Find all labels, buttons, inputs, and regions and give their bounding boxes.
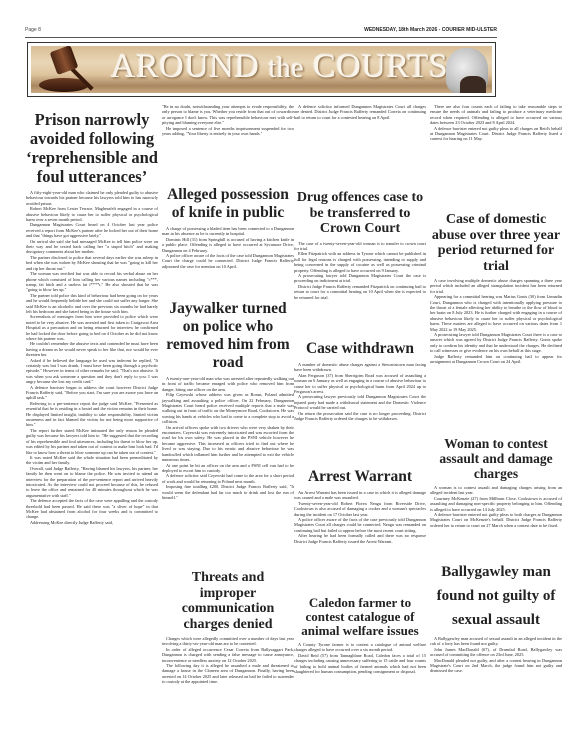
paragraph: In order of alleged occurrence Cesar Cor… xyxy=(162,647,294,663)
page-header: Page 8 WEDNESDAY, 18th March 2026 - COUR… xyxy=(25,27,497,38)
article-prison-continued: "Be in no doubt, notwithstanding your at… xyxy=(162,104,294,136)
article-drug-offences: Drug offences case to be transferred to … xyxy=(294,190,426,300)
paragraph: Asked if he believed the language he use… xyxy=(26,358,158,385)
article-caledon-continued: There are also four counts each of faili… xyxy=(430,104,562,142)
paragraph: A defence barrister entered not guilty p… xyxy=(430,512,562,528)
paragraph: Screenshots of messages from him were pr… xyxy=(26,314,158,341)
paragraph: John James MacDonald (67), of Drumfad Ro… xyxy=(430,647,562,658)
article-arrest-warrant: Arrest Warrant An Arrest Warrant has bee… xyxy=(294,468,426,544)
paragraph: The woman was terrified but was able to … xyxy=(26,271,158,293)
paragraph: A case involving multiple domestic abuse… xyxy=(430,278,562,294)
headline: Arrest Warrant xyxy=(294,468,426,486)
paragraph: A County Tyrone farmer is to contest a c… xyxy=(294,642,426,653)
paragraph: On arrival she said she had messaged McK… xyxy=(26,239,158,255)
paragraph: Addressing McKee directly Judge Rafferty… xyxy=(26,520,158,525)
article-case-withdrawn: Case withdrawn A number of domestic abus… xyxy=(294,340,426,421)
page-number: Page 8 xyxy=(25,27,41,33)
paragraph: Judge Rafferty remanded him on continuin… xyxy=(430,354,562,365)
paragraph: A defence solicitor informed Dungannon M… xyxy=(294,104,426,120)
article-ballygawley-not-guilty: Ballygawley man found not guilty of sexu… xyxy=(430,560,562,674)
article-knife-possession: Alleged possession of knife in public A … xyxy=(162,186,294,269)
paragraph: A charge of possessing a bladed item has… xyxy=(162,226,294,237)
article-caledon-farmer: Caledon farmer to contest catalogue of a… xyxy=(294,596,426,674)
paragraph: It was noted McKee said the whole situat… xyxy=(26,455,158,466)
paragraph: The report further stated McKee intimate… xyxy=(26,428,158,455)
paragraph: On return the prosecution said the case … xyxy=(294,411,426,422)
headline: Woman to contest assault and damage char… xyxy=(430,436,562,481)
paragraph: The case of a twenty-seven-year-old woma… xyxy=(294,241,426,252)
headline: Prison narrowly avoided following ‘repre… xyxy=(26,110,158,186)
paragraph: The partner told police this kind of beh… xyxy=(26,293,158,315)
paragraph: The defence accepted the facts of the ca… xyxy=(26,498,158,520)
paragraph: He imposed a sentence of five months imp… xyxy=(162,126,294,137)
headline: Jaywalker turned on police who removed h… xyxy=(162,300,294,372)
headline: Caledon farmer to contest catalogue of a… xyxy=(294,596,426,638)
paragraph: Alan Ferguson (37) from Sherrigrim Road … xyxy=(294,373,426,395)
paragraph: District Judge Francis Rafferty remanded… xyxy=(294,284,426,300)
section-banner: AROUND the COURTS xyxy=(27,42,496,97)
paragraph: A defence barrister entered not guilty p… xyxy=(430,126,562,142)
paragraph: Dominic Hill (31) from Springhill is acc… xyxy=(162,237,294,253)
headline: Case withdrawn xyxy=(294,340,426,358)
paragraph: A prosecuting lawyer previously told Dun… xyxy=(294,394,426,410)
paragraph: Overall, said Judge Rafferty, "Having bl… xyxy=(26,466,158,498)
paragraph: MacDonald pleaded not guilty, and after … xyxy=(430,658,562,674)
paragraph: A prosecuting lawyer told Dungannon Magi… xyxy=(430,332,562,354)
paragraph: On arrival officers spoke with two drive… xyxy=(162,425,294,463)
paragraph: A Ballygawley man accused of sexual assa… xyxy=(430,636,562,647)
paragraph: A number of domestic abuse charges again… xyxy=(294,362,426,373)
paragraph: David Reid (57) from Tannaghlane Road, C… xyxy=(294,653,426,675)
paragraph: At one point he bit an officer on the ar… xyxy=(162,463,294,474)
paragraph: There are also four counts each of faili… xyxy=(430,104,562,126)
article-jaywalker: Jaywalker turned on police who removed h… xyxy=(162,300,294,500)
article-prison-narrowly-avoided: Prison narrowly avoided following ‘repre… xyxy=(26,104,158,525)
paragraph: Ellen Fitzpatrick with an address in Tyr… xyxy=(294,251,426,273)
paragraph: A police officer aware of the facts of t… xyxy=(162,253,294,269)
paragraph: Dungannon Magistrates Court heard on 4 O… xyxy=(26,222,158,238)
paragraph: Appearing for a committal hearing was Ma… xyxy=(430,294,562,332)
paragraph: Charges which were allegedly committed o… xyxy=(162,636,294,647)
article-woman-contest-assault: Woman to contest assault and damage char… xyxy=(430,436,562,528)
article-domestic-abuse-trial: Case of domestic abuse over three year p… xyxy=(430,212,562,365)
paragraph: Imposing fine totalling £200, District J… xyxy=(162,484,294,500)
article-threats-communication: Threats and improper communication charg… xyxy=(162,570,294,685)
paragraph: A defence solicitor said Czyewski had co… xyxy=(162,473,294,484)
paragraph: After hearing he had been formally calle… xyxy=(294,533,426,544)
paragraph: He couldn't remember the abusive texts a… xyxy=(26,341,158,357)
paragraph: The partner disclosed to police that sev… xyxy=(26,255,158,271)
paragraph: Robert McKee from Lester Terrace, Magher… xyxy=(26,206,158,222)
paragraph: Twenty-seven-year-old Robert Florea Neag… xyxy=(294,501,426,517)
paragraph: A defence barrister began to address the… xyxy=(26,385,158,401)
paragraph: A woman is to contest assault and damagi… xyxy=(430,485,562,496)
paragraph: Filip Czyewski whose address was given a… xyxy=(162,392,294,424)
section-title: AROUND the COURTS xyxy=(111,48,448,86)
headline: Drug offences case to be transferred to … xyxy=(294,190,426,237)
dateline: WEDNESDAY, 18th March 2026 - COURIER MID… xyxy=(364,27,497,33)
paragraph: A prosecuting lawyer told Dungannon Magi… xyxy=(294,273,426,284)
headline: Case of domestic abuse over three year p… xyxy=(430,212,562,274)
paragraph: "Be in no doubt, notwithstanding your at… xyxy=(162,104,294,126)
article-threats-continued: The following day it is alleged he assau… xyxy=(294,104,426,120)
paragraph: A twenty-one-year-old man who was arrest… xyxy=(162,376,294,392)
paragraph: A fifty-eight-year-old man who claimed h… xyxy=(26,190,158,206)
headline: Threats and improper communication charg… xyxy=(162,570,294,632)
paragraph: An Arrest Warrant has been issued in a c… xyxy=(294,490,426,501)
paragraph: The following day it is alleged he assau… xyxy=(162,663,294,685)
paragraph: Referring to a pre-sentence report the j… xyxy=(26,401,158,428)
headline: Alleged possession of knife in public xyxy=(162,186,294,222)
headline: Ballygawley man found not guilty of sexu… xyxy=(430,560,562,632)
paragraph: A police officer aware of the facts of t… xyxy=(294,517,426,533)
paragraph: Courtney McKenzie (27) from Millburn Clo… xyxy=(430,496,562,512)
